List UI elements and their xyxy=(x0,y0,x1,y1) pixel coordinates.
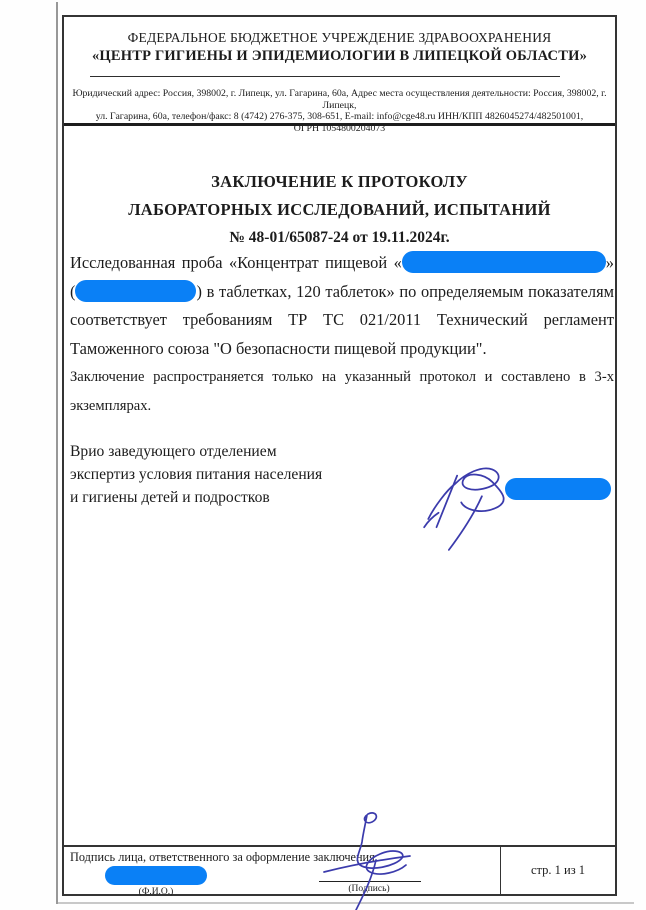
org-address-block: Юридический адрес: Россия, 398002, г. Ли… xyxy=(68,88,611,134)
title-line2: ЛАБОРАТОРНЫХ ИССЛЕДОВАНИЙ, ИСПЫТАНИЙ xyxy=(64,196,615,224)
body-line1-close: » xyxy=(606,253,614,272)
header-rule-thick xyxy=(64,123,615,126)
note-line2: экземплярах. xyxy=(70,392,614,421)
redaction-box-product-name xyxy=(402,251,606,273)
body-line1: Исследованная проба «Концентрат пищевой … xyxy=(70,249,614,278)
page-number-cell: стр. 1 из 1 xyxy=(500,847,615,894)
body-line2: () в таблетках, 120 таблеток» по определ… xyxy=(70,278,614,307)
document-title: ЗАКЛЮЧЕНИЕ К ПРОТОКОЛУ ЛАБОРАТОРНЫХ ИССЛ… xyxy=(64,168,615,252)
handwritten-signature-footer xyxy=(318,810,426,910)
redaction-box-signatory-name xyxy=(505,478,611,500)
signatory-line3: и гигиены детей и подростков xyxy=(70,487,322,510)
scan-edge-left xyxy=(56,2,58,904)
document-page: ФЕДЕРАЛЬНОЕ БЮДЖЕТНОЕ УЧРЕЖДЕНИЕ ЗДРАВОО… xyxy=(0,0,646,910)
signatory-title: Врио заведующего отделением экспертиз ус… xyxy=(70,441,322,509)
title-line1: ЗАКЛЮЧЕНИЕ К ПРОТОКОЛУ xyxy=(64,168,615,196)
note-line1: Заключение распространяется только на ук… xyxy=(70,363,614,392)
page-frame: ФЕДЕРАЛЬНОЕ БЮДЖЕТНОЕ УЧРЕЖДЕНИЕ ЗДРАВОО… xyxy=(62,15,617,896)
org-name-line2: «ЦЕНТР ГИГИЕНЫ И ЭПИДЕМИОЛОГИИ В ЛИПЕЦКО… xyxy=(64,48,615,65)
body-line3: соответствует требованиям ТР ТС 021/2011… xyxy=(70,306,614,335)
signatory-line1: Врио заведующего отделением xyxy=(70,441,322,464)
body-line1-text: Исследованная проба «Концентрат пищевой … xyxy=(70,253,402,272)
org-name-line1: ФЕДЕРАЛЬНОЕ БЮДЖЕТНОЕ УЧРЕЖДЕНИЕ ЗДРАВОО… xyxy=(64,30,615,46)
body-paragraph: Исследованная проба «Концентрат пищевой … xyxy=(70,249,614,421)
address-line1: Юридический адрес: Россия, 398002, г. Ли… xyxy=(68,88,611,111)
body-line4: Таможенного союза "О безопасности пищево… xyxy=(70,335,614,364)
signatory-line2: экспертиз условия питания населения xyxy=(70,464,322,487)
document-number: № 48-01/65087-24 от 19.11.2024г. xyxy=(64,224,615,252)
page-number: стр. 1 из 1 xyxy=(531,863,585,878)
fio-label: (Ф.И.О.) xyxy=(105,887,207,897)
header-separator xyxy=(90,76,560,77)
handwritten-signature-main xyxy=(420,455,518,553)
body-line2-text: ) в таблетках, 120 таблеток» по определя… xyxy=(196,282,614,301)
redaction-box-responsible-name xyxy=(105,866,207,885)
redaction-box-product-detail xyxy=(75,280,196,302)
address-line2: ул. Гагарина, 60а, телефон/факс: 8 (4742… xyxy=(68,111,611,123)
